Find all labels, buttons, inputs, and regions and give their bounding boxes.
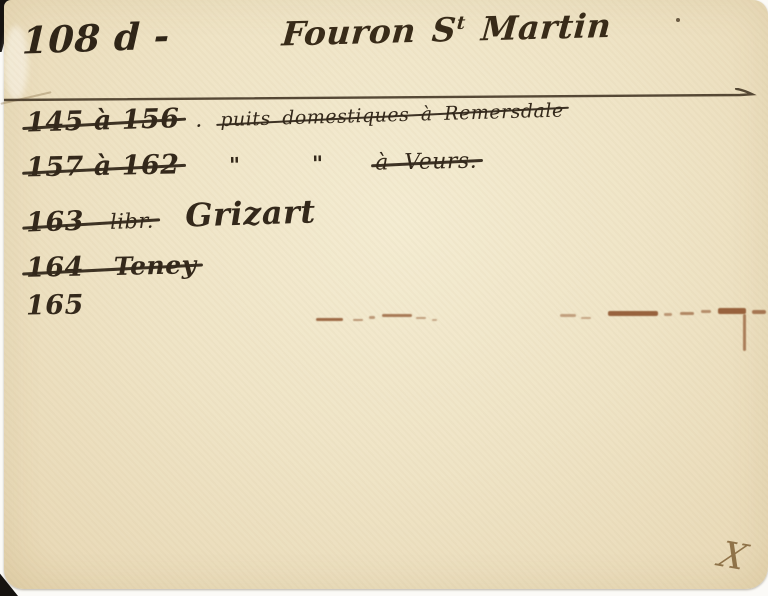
ditto-mark: " [229, 152, 241, 177]
struck-group: 163libr. [26, 204, 155, 239]
entry-number: 163 [26, 206, 85, 239]
entry-description: puits domestiques à Remersdale [220, 99, 564, 131]
entry-description: à Veurs. [375, 149, 477, 176]
entry-row-165: 165 [26, 289, 84, 321]
entry-number: 165 [26, 289, 84, 321]
entry-separator-dot: . [195, 108, 203, 133]
struck-group: 164Teney [26, 249, 197, 284]
entry-number-range: 157 à 162 [26, 149, 180, 183]
catalog-number: 108 d - [21, 13, 170, 62]
entry-number: 164 [26, 252, 85, 284]
corner-check-mark: X [714, 535, 752, 579]
saint-base: S [431, 10, 458, 50]
title-word-saint: St [431, 10, 467, 50]
title-word-martin: Martin [480, 6, 613, 48]
saint-superscript: t [456, 13, 467, 34]
scanned-document: 108 d - FouronStMartin 145 à 156 . puits… [0, 0, 768, 596]
ink-speck [676, 18, 680, 22]
title-word-place: Fouron [281, 11, 418, 54]
entry-row-164: 164Teney [26, 249, 197, 284]
entry-description: Teney [114, 250, 197, 281]
entry-abbreviation: libr. [110, 209, 155, 234]
entry-row-157-162: 157 à 162 " " à Veurs. [26, 144, 478, 184]
card-title: FouronStMartin [281, 5, 629, 53]
ditto-mark: " [312, 151, 324, 176]
index-card: 108 d - FouronStMartin 145 à 156 . puits… [4, 0, 768, 589]
entry-row-163: 163libr. Grizart [25, 192, 316, 239]
entry-number-range: 145 à 156 [26, 103, 180, 138]
entry-description: Grizart [185, 192, 317, 234]
